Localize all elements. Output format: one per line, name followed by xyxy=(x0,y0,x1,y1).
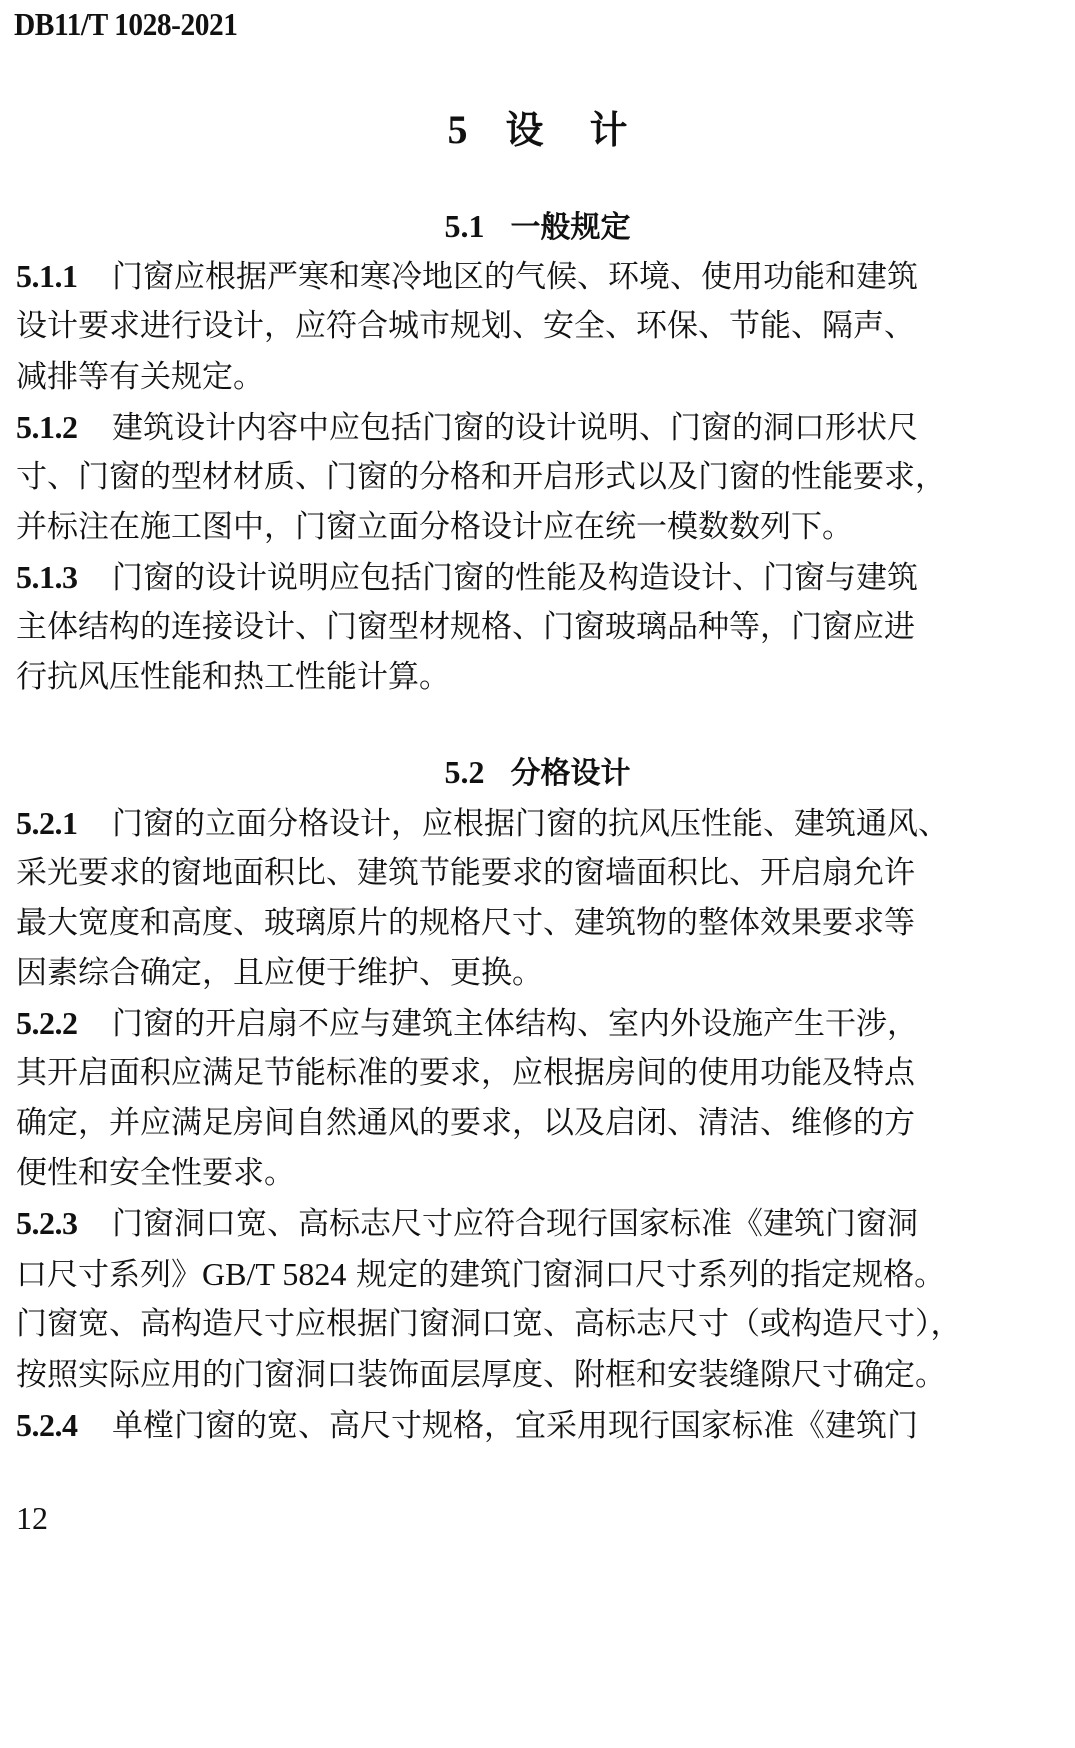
section-title-5-1: 5.1一般规定 xyxy=(0,206,1075,248)
clause-5-1-2-line-2: 寸、门窗的型材材质、门窗的分格和开启形式以及门窗的性能要求， xyxy=(16,452,1061,502)
clause-text: 建筑设计内容中应包括门窗的设计说明、门窗的洞口形状尺 xyxy=(112,410,918,446)
clause-5-1-3-line-1: 5.1.3门窗的设计说明应包括门窗的性能及构造设计、门窗与建筑 xyxy=(16,552,1061,602)
clause-5-1-1-line-1: 5.1.1门窗应根据严寒和寒冷地区的气候、环境、使用功能和建筑 xyxy=(16,251,1061,301)
clause-number: 5.2.1 xyxy=(16,798,112,848)
clause-5-2-4-line-1: 5.2.4单樘门窗的宽、高尺寸规格，宜采用现行国家标准《建筑门 xyxy=(16,1400,1061,1450)
clause-5-2-3-line-1: 5.2.3门窗洞口宽、高标志尺寸应符合现行国家标准《建筑门窗洞 xyxy=(16,1198,1061,1248)
clause-5-1-1-line-3: 减排等有关规定。 xyxy=(16,352,1061,402)
clause-number: 5.2.3 xyxy=(16,1198,112,1248)
clause-text: 规定的建筑门窗洞口尺寸系列的指定规格。 xyxy=(346,1257,945,1293)
clause-5-2-1-line-3: 最大宽度和高度、玻璃原片的规格尺寸、建筑物的整体效果要求等 xyxy=(16,898,1061,948)
clause-5-2-3-line-4: 按照实际应用的门窗洞口装饰面层厚度、附框和安装缝隙尺寸确定。 xyxy=(16,1350,1061,1400)
clause-5-1-2-line-3: 并标注在施工图中，门窗立面分格设计应在统一模数数列下。 xyxy=(16,502,1061,552)
chapter-heading: 设计 xyxy=(505,108,673,152)
clause-5-1-3-line-3: 行抗风压性能和热工性能计算。 xyxy=(16,652,1061,702)
section-heading: 一般规定 xyxy=(511,210,631,245)
clause-5-2-1-line-2: 采光要求的窗地面积比、建筑节能要求的窗墙面积比、开启扇允许 xyxy=(16,848,1061,898)
chapter-title: 5设计 xyxy=(0,104,1075,156)
clause-number: 5.2.2 xyxy=(16,998,112,1048)
clause-5-2-3-line-2: 口尺寸系列》GB/T 5824 规定的建筑门窗洞口尺寸系列的指定规格。 xyxy=(16,1249,1061,1299)
section-title-5-2: 5.2分格设计 xyxy=(0,752,1075,794)
clause-text: 门窗洞口宽、高标志尺寸应符合现行国家标准《建筑门窗洞 xyxy=(112,1206,918,1242)
section-number: 5.2 xyxy=(445,754,485,790)
clause-number: 5.1.2 xyxy=(16,402,112,452)
standard-reference: GB/T 5824 xyxy=(202,1256,346,1292)
clause-5-2-1-line-4: 因素综合确定，且应便于维护、更换。 xyxy=(16,948,1061,998)
clause-5-2-2-line-2: 其开启面积应满足节能标准的要求，应根据房间的使用功能及特点 xyxy=(16,1048,1061,1098)
clause-text: 门窗的立面分格设计，应根据门窗的抗风压性能、建筑通风、 xyxy=(112,806,949,842)
clause-text: 门窗的设计说明应包括门窗的性能及构造设计、门窗与建筑 xyxy=(112,560,918,596)
clause-5-2-1-line-1: 5.2.1门窗的立面分格设计，应根据门窗的抗风压性能、建筑通风、 xyxy=(16,798,1061,848)
section-heading: 分格设计 xyxy=(511,756,631,791)
clause-5-2-3-line-3: 门窗宽、高构造尺寸应根据门窗洞口宽、高标志尺寸（或构造尺寸）， xyxy=(16,1299,1061,1349)
clause-text: 口尺寸系列》 xyxy=(16,1257,202,1293)
clause-text: 单樘门窗的宽、高尺寸规格，宜采用现行国家标准《建筑门 xyxy=(112,1408,918,1444)
section-number: 5.1 xyxy=(445,208,485,244)
clause-5-2-2-line-3: 确定，并应满足房间自然通风的要求，以及启闭、清洁、维修的方 xyxy=(16,1098,1061,1148)
clause-number: 5.2.4 xyxy=(16,1400,112,1450)
document-code: DB11/T 1028-2021 xyxy=(14,6,238,43)
clause-text: 门窗应根据严寒和寒冷地区的气候、环境、使用功能和建筑 xyxy=(112,259,918,295)
clause-number: 5.1.1 xyxy=(16,251,112,301)
clause-5-1-3-line-2: 主体结构的连接设计、门窗型材规格、门窗玻璃品种等，门窗应进 xyxy=(16,602,1061,652)
page-number: 12 xyxy=(16,1500,48,1537)
clause-5-1-2-line-1: 5.1.2建筑设计内容中应包括门窗的设计说明、门窗的洞口形状尺 xyxy=(16,402,1061,452)
clause-number: 5.1.3 xyxy=(16,552,112,602)
clause-text: 门窗的开启扇不应与建筑主体结构、室内外设施产生干涉， xyxy=(112,1006,918,1042)
clause-5-2-2-line-4: 便性和安全性要求。 xyxy=(16,1148,1061,1198)
clause-5-1-1-line-2: 设计要求进行设计，应符合城市规划、安全、环保、节能、隔声、 xyxy=(16,301,1061,351)
clause-5-2-2-line-1: 5.2.2门窗的开启扇不应与建筑主体结构、室内外设施产生干涉， xyxy=(16,998,1061,1048)
chapter-number: 5 xyxy=(447,107,467,152)
